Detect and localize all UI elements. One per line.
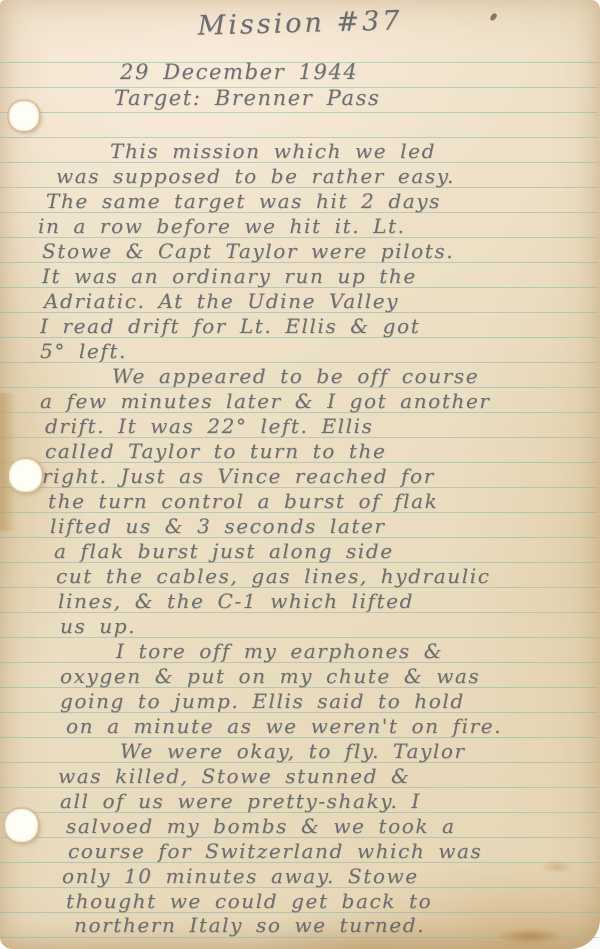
handwriting-line: It was an ordinary run up the — [42, 264, 417, 288]
handwriting-line: Adriatic. At the Udine Valley — [44, 289, 399, 313]
handwriting-line: 5° left. — [40, 339, 127, 363]
punch-hole — [9, 459, 42, 492]
handwriting-line: us up. — [60, 614, 136, 638]
handwriting-line: was killed, Stowe stunned & — [58, 764, 410, 788]
handwriting-layer: Mission #37 29 December 1944 Target: Bre… — [0, 0, 600, 949]
scanned-diary-page: Mission #37 29 December 1944 Target: Bre… — [0, 0, 600, 949]
handwriting-line: cut the cables, gas lines, hydraulic — [56, 564, 491, 588]
handwriting-line: The same target was hit 2 days — [46, 189, 441, 213]
handwriting-line: lines, & the C-1 which lifted — [58, 589, 414, 613]
handwriting-line: going to jump. Ellis said to hold — [60, 689, 465, 713]
handwriting-line: right. Just as Vince reached for — [42, 464, 435, 488]
handwriting-line: We appeared to be off course — [112, 364, 479, 388]
handwriting-line: salvoed my bombs & we took a — [66, 814, 456, 838]
handwriting-line: oxygen & put on my chute & was — [60, 664, 480, 688]
page-title: Mission #37 — [0, 0, 600, 47]
handwriting-line: called Taylor to turn to the — [45, 439, 386, 463]
handwriting-line: I tore off my earphones & — [116, 639, 443, 663]
handwriting-line: Stowe & Capt Taylor were pilots. — [42, 239, 454, 263]
date-line: 29 December 1944 — [120, 60, 358, 84]
handwriting-line: a few minutes later & I got another — [40, 389, 491, 413]
punch-hole — [5, 809, 38, 842]
handwriting-line: in a row before we hit it. Lt. — [38, 214, 406, 238]
handwriting-line: lifted us & 3 seconds later — [50, 514, 386, 538]
handwriting-line: on a minute as we weren't on fire. — [66, 714, 502, 738]
handwriting-line: This mission which we led — [110, 139, 436, 163]
handwriting-line: all of us were pretty-shaky. I — [60, 789, 421, 813]
handwriting-line: drift. It was 22° left. Ellis — [45, 414, 374, 438]
handwriting-line: thought we could get back to — [66, 889, 432, 913]
handwriting-line: northern Italy so we turned. — [74, 913, 425, 937]
handwriting-line: course for Switzerland which was — [68, 839, 482, 863]
punch-hole — [9, 101, 39, 131]
handwriting-line: I read drift for Lt. Ellis & got — [40, 314, 420, 338]
target-line: Target: Brenner Pass — [114, 86, 380, 110]
handwriting-line: only 10 minutes away. Stowe — [62, 864, 419, 888]
handwriting-line: a flak burst just along side — [54, 539, 394, 563]
handwriting-line: was supposed to be rather easy. — [56, 164, 455, 188]
handwriting-line: We were okay, to fly. Taylor — [120, 739, 466, 763]
handwriting-line: the turn control a burst of flak — [48, 489, 438, 513]
